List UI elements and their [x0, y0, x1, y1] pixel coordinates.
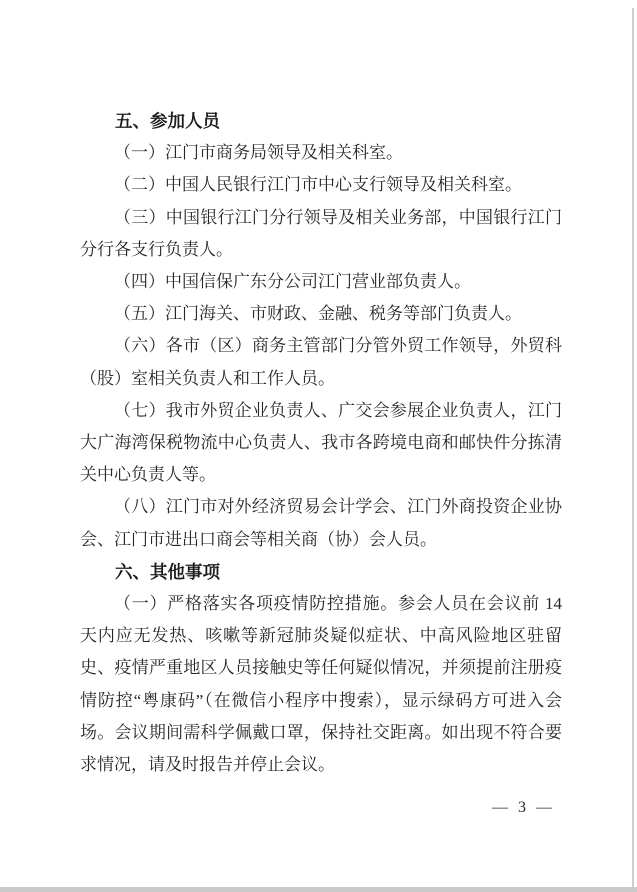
section-5-item-4: （四）中国信保广东分公司江门营业部负责人。 — [80, 266, 562, 298]
section-5-item-8: （八）江门市对外经济贸易会计学会、江门外商投资企业协会、江门市进出口商会等相关商… — [80, 491, 562, 555]
document-page: 五、参加人员 （一）江门市商务局领导及相关科室。 （二）中国人民银行江门市中心支… — [0, 0, 637, 892]
section-5-item-5: （五）江门海关、市财政、金融、税务等部门负责人。 — [80, 298, 562, 330]
section-5-item-3: （三）中国银行江门分行领导及相关业务部，中国银行江门分行各支行负责人。 — [80, 202, 562, 266]
section-5-item-2: （二）中国人民银行江门市中心支行领导及相关科室。 — [80, 169, 562, 201]
page-number: — 3 — — [492, 799, 555, 817]
section-6-item-1: （一）严格落实各项疫情防控措施。参会人员在会议前 14 天内应无发热、咳嗽等新冠… — [80, 588, 562, 781]
section-5-item-7: （七）我市外贸企业负责人、广交会参展企业负责人，江门大广海湾保税物流中心负责人、… — [80, 395, 562, 492]
scan-edge-bottom — [0, 887, 637, 892]
document-content: 五、参加人员 （一）江门市商务局领导及相关科室。 （二）中国人民银行江门市中心支… — [80, 105, 562, 781]
scan-edge-right — [632, 8, 634, 892]
section-6-heading: 六、其他事项 — [80, 556, 562, 588]
section-5-item-6: （六）各市（区）商务主管部门分管外贸工作领导，外贸科（股）室相关负责人和工作人员… — [80, 330, 562, 394]
section-5-item-1: （一）江门市商务局领导及相关科室。 — [80, 137, 562, 169]
section-5-heading: 五、参加人员 — [80, 105, 562, 137]
